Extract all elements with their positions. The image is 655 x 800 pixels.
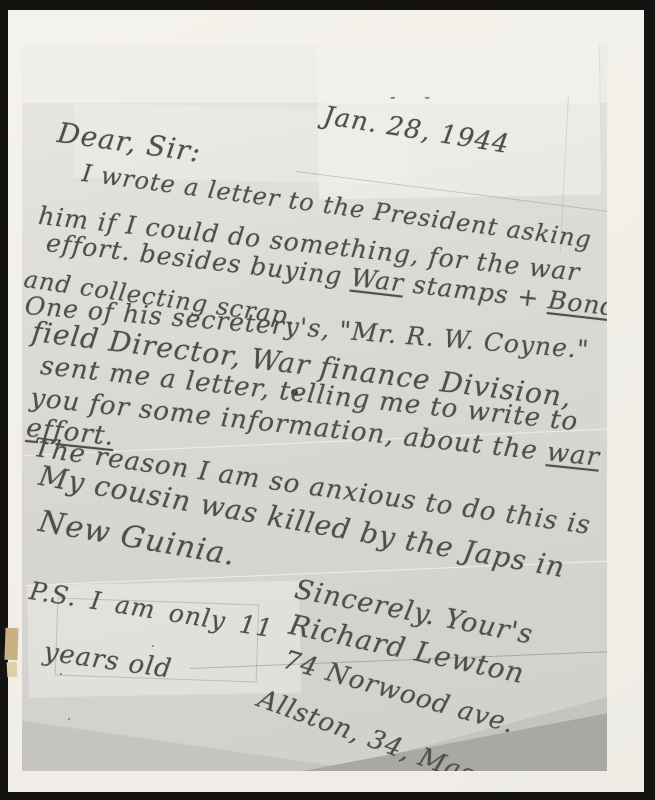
photo-mount-black-background: - - Jan. 28, 1944 Dear, Sir: I wrote a l… (0, 0, 655, 800)
tape-remnant-small (7, 662, 18, 678)
photo-paper: - - Jan. 28, 1944 Dear, Sir: I wrote a l… (8, 10, 644, 792)
hw-line3-underlined-war: War (349, 263, 405, 298)
hw-stray-marks: - - (390, 87, 442, 106)
dust-speck (152, 645, 154, 647)
letter-photograph: - - Jan. 28, 1944 Dear, Sir: I wrote a l… (22, 45, 607, 771)
hw-line8-underlined-war: war (545, 437, 601, 472)
dust-speck (68, 718, 70, 720)
hw-line3-underlined-bonds: Bonds, (547, 285, 607, 324)
tape-remnant (4, 628, 18, 660)
dust-speck (60, 673, 62, 675)
